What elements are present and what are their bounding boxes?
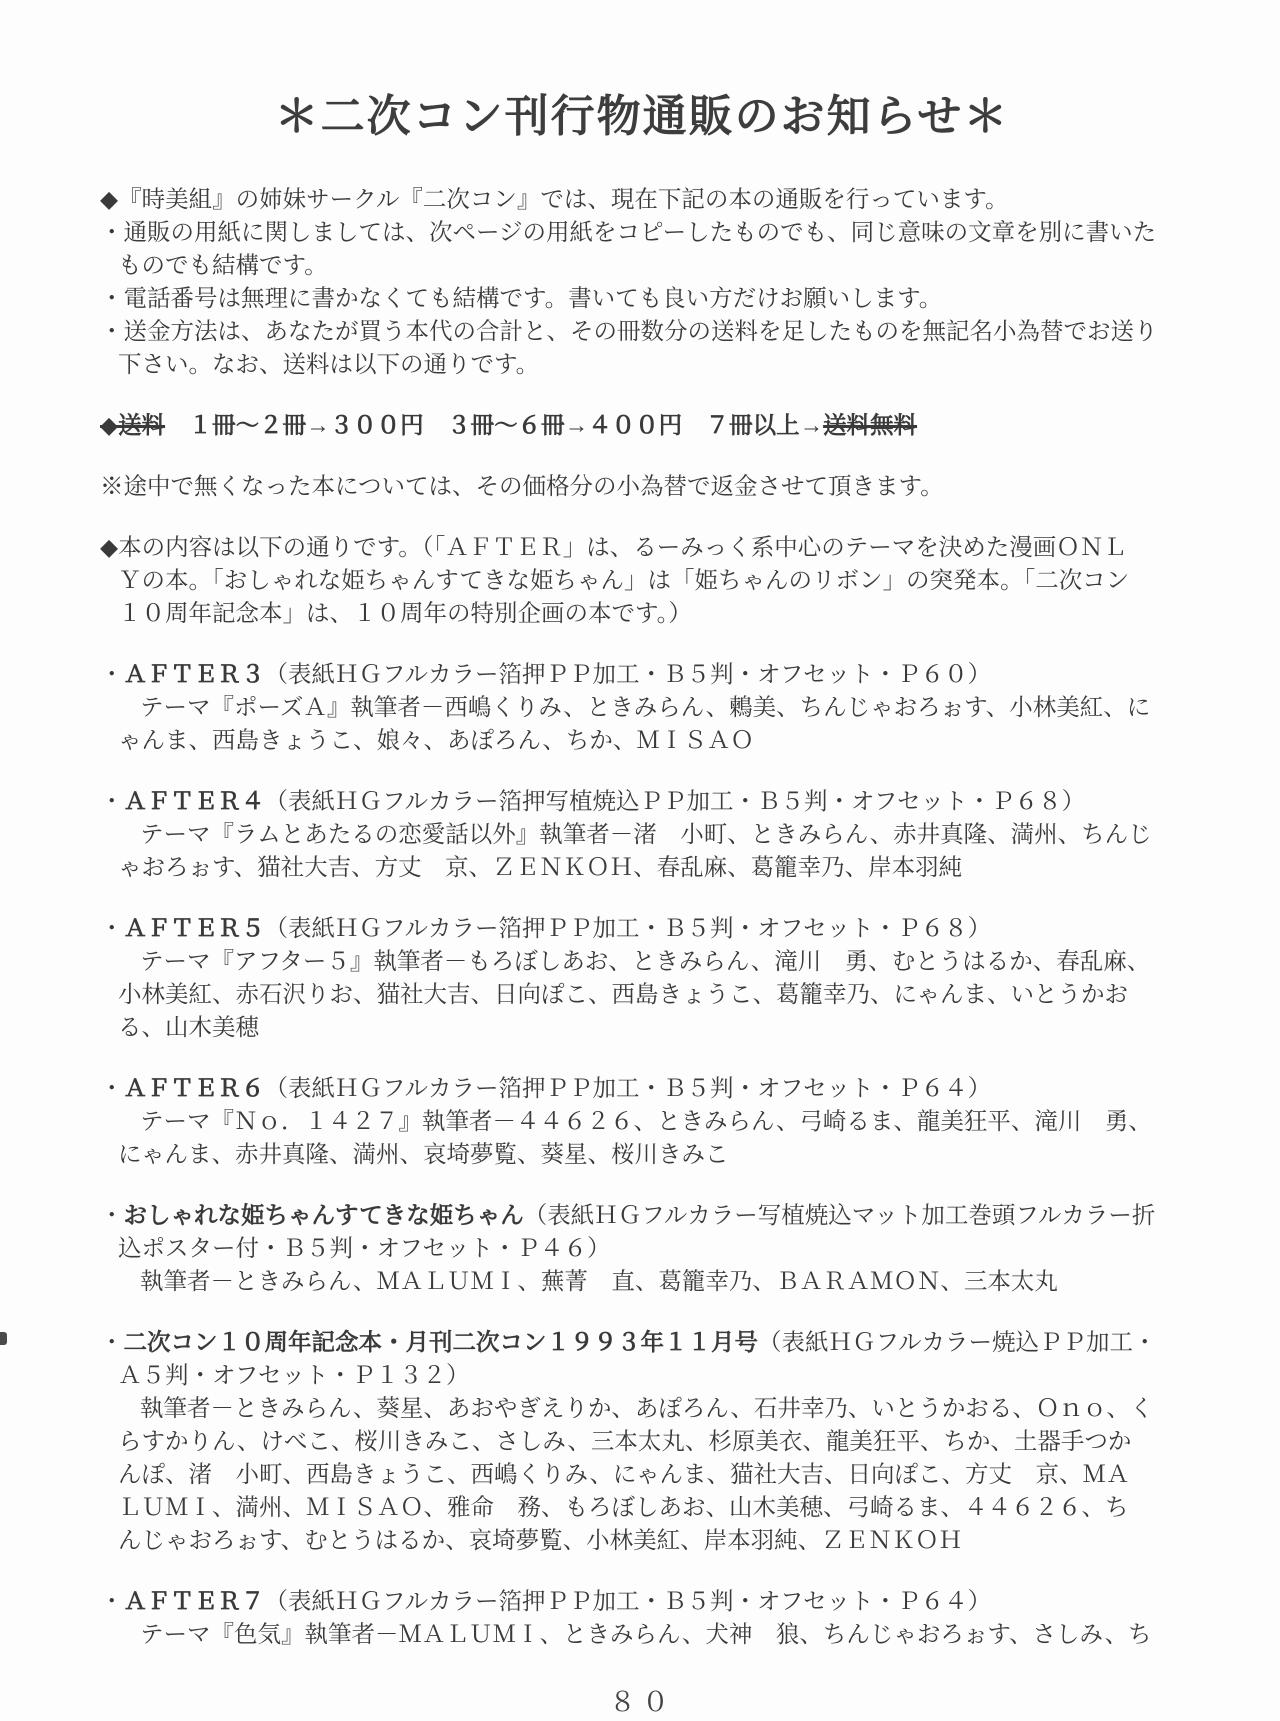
- book-spec: （表紙ＨＧフルカラー箔押ＰＰ加工・Ｂ５判・オフセット・Ｐ６８）: [265, 916, 992, 942]
- book-detail-line: ゃおろぉす、猫社大吉、方丈 京、ＺＥＮＫＯＨ、春乱麻、葛籠幸乃、岸本羽純: [100, 852, 1184, 885]
- book-heading: ・ＡＦＴＥＲ７（表紙ＨＧフルカラー箔押ＰＰ加工・Ｂ５判・オフセット・Ｐ６４）: [100, 1586, 1184, 1619]
- book-title: ＡＦＴＥＲ７: [124, 1589, 265, 1615]
- book-heading: ・ＡＦＴＥＲ６（表紙ＨＧフルカラー箔押ＰＰ加工・Ｂ５判・オフセット・Ｐ６４）: [100, 1073, 1184, 1106]
- book-detail-line: テーマ『ポーズＡ』執筆者－西嶋くりみ、ときみらん、鶫美、ちんじゃおろぉす、小林美…: [100, 692, 1184, 725]
- book-spec: （表紙ＨＧフルカラー写植焼込マット加工巻頭フルカラー折: [524, 1203, 1156, 1229]
- intro-line: ・通販の用紙に関しましては、次ページの用紙をコピーしたものでも、同じ意味の文章を…: [100, 217, 1184, 250]
- book-detail-line: 小林美紅、赤石沢りお、猫社大吉、日向ぽこ、西島きょうこ、葛籠幸乃、にゃんま、いと…: [100, 979, 1184, 1012]
- book-detail-line: んじゃおろぉす、むとうはるか、哀埼夢覧、小林美紅、岸本羽純、ＺＥＮＫＯＨ: [100, 1525, 1184, 1558]
- book-title: ＡＦＴＥＲ３: [124, 662, 265, 688]
- book-item: ・ＡＦＴＥＲ５（表紙ＨＧフルカラー箔押ＰＰ加工・Ｂ５判・オフセット・Ｐ６８） テ…: [100, 913, 1184, 1045]
- book-spec: （表紙ＨＧフルカラー箔押ＰＰ加工・Ｂ５判・オフセット・Ｐ６０）: [265, 662, 992, 688]
- book-detail-line: 込ポスター付・Ｂ５判・オフセット・Ｐ４６）: [100, 1233, 1184, 1266]
- page-title: ＊二次コン刊行物通販のお知らせ＊: [100, 80, 1184, 144]
- intro-line: ・電話番号は無理に書かなくても結構です。書いても良い方だけお願いします。: [100, 283, 1184, 316]
- shipping-label: ◆送料: [100, 413, 165, 439]
- book-heading: ・二次コン１０周年記念本・月刊二次コン１９９３年１１月号（表紙ＨＧフルカラー焼込…: [100, 1327, 1184, 1360]
- shipping-free-label: 送料無料: [823, 413, 917, 439]
- book-item: ・ＡＦＴＥＲ４（表紙ＨＧフルカラー箔押写植焼込ＰＰ加工・Ｂ５判・オフセット・Ｐ６…: [100, 786, 1184, 885]
- bullet: ・: [100, 916, 124, 942]
- book-detail-line: テーマ『ラムとあたるの恋愛話以外』執筆者－渚 小町、ときみらん、赤井真隆、満州、…: [100, 819, 1184, 852]
- book-item: ・ＡＦＴＥＲ６（表紙ＨＧフルカラー箔押ＰＰ加工・Ｂ５判・オフセット・Ｐ６４） テ…: [100, 1073, 1184, 1172]
- book-detail-line: Ａ５判・オフセット・Ｐ１３２）: [100, 1360, 1184, 1393]
- document-page: ＊二次コン刊行物通販のお知らせ＊ ◆『時美組』の姉妹サークル『二次コン』では、現…: [0, 0, 1280, 1721]
- book-detail-line: テーマ『アフター５』執筆者－もろぼしあお、ときみらん、滝川 勇、むとうはるか、春…: [100, 946, 1184, 979]
- book-detail-line: らすかりん、けべこ、桜川きみこ、さしみ、三本太丸、杉原美衣、龍美狂平、ちか、土器…: [100, 1426, 1184, 1459]
- book-heading: ・ＡＦＴＥＲ５（表紙ＨＧフルカラー箔押ＰＰ加工・Ｂ５判・オフセット・Ｐ６８）: [100, 913, 1184, 946]
- book-spec: （表紙ＨＧフルカラー箔押写植焼込ＰＰ加工・Ｂ５判・オフセット・Ｐ６８）: [265, 789, 1086, 815]
- book-heading: ・ＡＦＴＥＲ４（表紙ＨＧフルカラー箔押写植焼込ＰＰ加工・Ｂ５判・オフセット・Ｐ６…: [100, 786, 1184, 819]
- contents-note: ◆本の内容は以下の通りです。（「ＡＦＴＥＲ」は、るーみっく系中心のテーマを決めた…: [100, 532, 1184, 631]
- book-detail-line: んぽ、渚 小町、西島きょうこ、西嶋くりみ、にゃんま、猫社大吉、日向ぽこ、方丈 京…: [100, 1459, 1184, 1492]
- book-title: 二次コン１０周年記念本・月刊二次コン１９９３年１１月号: [124, 1330, 759, 1356]
- shipping-rates: １冊～２冊→３００円 ３冊～６冊→４００円 ７冊以上→: [165, 413, 823, 439]
- intro-line: ・送金方法は、あなたが買う本代の合計と、その冊数分の送料を足したものを無記名小為…: [100, 316, 1184, 349]
- book-detail-line: 執筆者－ときみらん、ＭＡＬＵＭＩ、蕪菁 直、葛籠幸乃、ＢＡＲＡＭＯＮ、三本太丸: [100, 1266, 1184, 1299]
- book-detail-line: テーマ『色気』執筆者－ＭＡＬＵＭＩ、ときみらん、犬神 狼、ちんじゃおろぉす、さし…: [100, 1619, 1184, 1652]
- book-title: おしゃれな姫ちゃんすてきな姫ちゃん: [124, 1203, 524, 1229]
- book-spec: （表紙ＨＧフルカラー焼込ＰＰ加工・: [758, 1330, 1157, 1356]
- book-title: ＡＦＴＥＲ５: [124, 916, 265, 942]
- bullet: ・: [100, 1203, 124, 1229]
- scan-artifact: [0, 1332, 7, 1345]
- book-heading: ・ＡＦＴＥＲ３（表紙ＨＧフルカラー箔押ＰＰ加工・Ｂ５判・オフセット・Ｐ６０）: [100, 659, 1184, 692]
- book-item: ・二次コン１０周年記念本・月刊二次コン１９９３年１１月号（表紙ＨＧフルカラー焼込…: [100, 1327, 1184, 1558]
- shipping-info: ◆送料 １冊～２冊→３００円 ３冊～６冊→４００円 ７冊以上→送料無料: [100, 410, 1184, 443]
- bullet: ・: [100, 1589, 124, 1615]
- intro-section: ◆『時美組』の姉妹サークル『二次コン』では、現在下記の本の通販を行っています。 …: [100, 184, 1184, 382]
- contents-note-line: Ｙの本。「おしゃれな姫ちゃんすてきな姫ちゃん」は「姫ちゃんのリボン」の突発本。「…: [100, 565, 1184, 598]
- intro-line: 下さい。なお、送料は以下の通りです。: [100, 349, 1184, 382]
- bullet: ・: [100, 662, 124, 688]
- page-number: ８０: [100, 1680, 1184, 1719]
- book-detail-line: テーマ『Ｎｏ．１４２７』執筆者－４４６２６、ときみらん、弓崎るま、龍美狂平、滝川…: [100, 1106, 1184, 1139]
- book-detail-line: ＬＵＭＩ、満州、ＭＩＳＡＯ、雅命 務、もろぼしあお、山木美穂、弓崎るま、４４６２…: [100, 1492, 1184, 1525]
- intro-line: ◆『時美組』の姉妹サークル『二次コン』では、現在下記の本の通販を行っています。: [100, 184, 1184, 217]
- bullet: ・: [100, 1330, 124, 1356]
- book-detail-line: ゃんま、西島きょうこ、娘々、あぽろん、ちか、ＭＩＳＡＯ: [100, 725, 1184, 758]
- intro-line: ものでも結構です。: [100, 250, 1184, 283]
- refund-note: ※途中で無くなった本については、その価格分の小為替で返金させて頂きます。: [100, 471, 1184, 504]
- book-title: ＡＦＴＥＲ６: [124, 1076, 265, 1102]
- book-heading: ・おしゃれな姫ちゃんすてきな姫ちゃん（表紙ＨＧフルカラー写植焼込マット加工巻頭フ…: [100, 1200, 1184, 1233]
- book-spec: （表紙ＨＧフルカラー箔押ＰＰ加工・Ｂ５判・オフセット・Ｐ６４）: [265, 1589, 992, 1615]
- book-spec: （表紙ＨＧフルカラー箔押ＰＰ加工・Ｂ５判・オフセット・Ｐ６４）: [265, 1076, 992, 1102]
- book-item: ・ＡＦＴＥＲ７（表紙ＨＧフルカラー箔押ＰＰ加工・Ｂ５判・オフセット・Ｐ６４） テ…: [100, 1586, 1184, 1652]
- book-item: ・おしゃれな姫ちゃんすてきな姫ちゃん（表紙ＨＧフルカラー写植焼込マット加工巻頭フ…: [100, 1200, 1184, 1299]
- bullet: ・: [100, 1076, 124, 1102]
- contents-note-line: ◆本の内容は以下の通りです。（「ＡＦＴＥＲ」は、るーみっく系中心のテーマを決めた…: [100, 532, 1184, 565]
- contents-note-line: １０周年記念本」は、１０周年の特別企画の本です。）: [100, 598, 1184, 631]
- book-detail-line: 執筆者－ときみらん、葵星、あおやぎえりか、あぽろん、石井幸乃、いとうかおる、Ｏｎ…: [100, 1393, 1184, 1426]
- book-detail-line: にゃんま、赤井真隆、満州、哀埼夢覧、葵星、桜川きみこ: [100, 1139, 1184, 1172]
- book-detail-line: る、山木美穂: [100, 1012, 1184, 1045]
- book-title: ＡＦＴＥＲ４: [124, 789, 265, 815]
- book-item: ・ＡＦＴＥＲ３（表紙ＨＧフルカラー箔押ＰＰ加工・Ｂ５判・オフセット・Ｐ６０） テ…: [100, 659, 1184, 758]
- book-list: ・ＡＦＴＥＲ３（表紙ＨＧフルカラー箔押ＰＰ加工・Ｂ５判・オフセット・Ｐ６０） テ…: [100, 659, 1184, 1652]
- bullet: ・: [100, 789, 124, 815]
